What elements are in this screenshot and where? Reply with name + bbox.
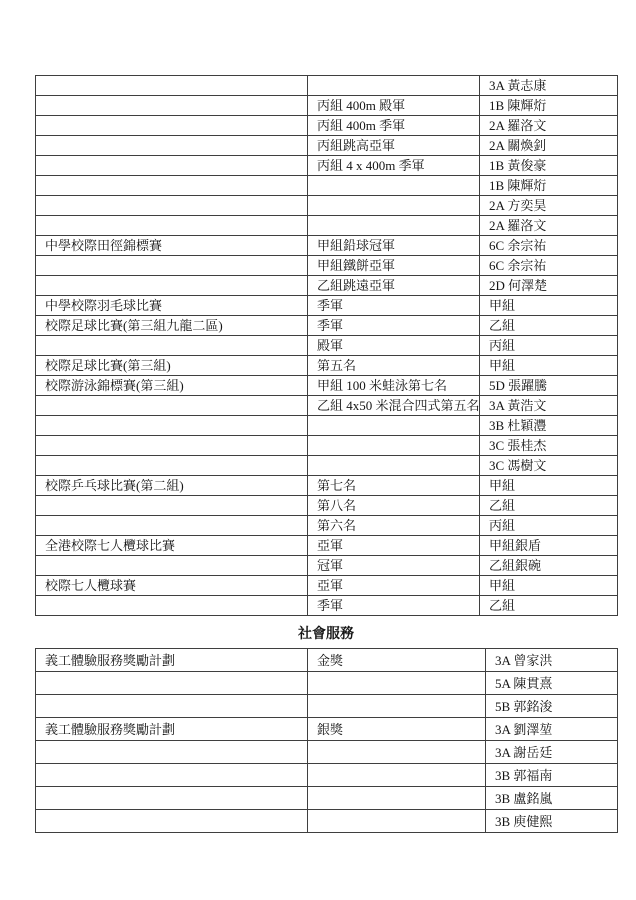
event-cell xyxy=(36,787,308,810)
recipient-cell: 甲組 xyxy=(480,356,618,376)
recipient-cell: 6C 余宗祐 xyxy=(480,256,618,276)
award-cell xyxy=(308,176,480,196)
event-cell xyxy=(36,695,308,718)
event-cell xyxy=(36,516,308,536)
recipient-cell: 2A 關煥釗 xyxy=(480,136,618,156)
event-cell xyxy=(36,396,308,416)
service-table: 義工體驗服務獎勵計劃金獎3A 曾家洪5A 陳貫熹5B 郭銘浚義工體驗服務獎勵計劃… xyxy=(35,648,618,833)
section-title: 社會服務 xyxy=(35,627,617,643)
table-row: 3C 馮樹文 xyxy=(36,456,618,476)
table-row: 丙組 400m 殿軍1B 陳輝烆 xyxy=(36,96,618,116)
table-row: 全港校際七人欖球比賽亞軍甲組銀盾 xyxy=(36,536,618,556)
recipient-cell: 乙組 xyxy=(480,496,618,516)
recipient-cell: 2A 方奕昊 xyxy=(480,196,618,216)
award-cell xyxy=(308,436,480,456)
table-row: 1B 陳輝烆 xyxy=(36,176,618,196)
event-cell: 校際乒乓球比賽(第二組) xyxy=(36,476,308,496)
table-row: 5A 陳貫熹 xyxy=(36,672,618,695)
award-cell: 亞軍 xyxy=(308,576,480,596)
awards-table-body: 3A 黃志康丙組 400m 殿軍1B 陳輝烆丙組 400m 季軍2A 羅洛文丙組… xyxy=(36,76,618,616)
award-cell: 乙組跳遠亞軍 xyxy=(308,276,480,296)
table-row: 丙組 400m 季軍2A 羅洛文 xyxy=(36,116,618,136)
recipient-cell: 2A 羅洛文 xyxy=(480,216,618,236)
table-row: 3B 盧銘嵐 xyxy=(36,787,618,810)
recipient-cell: 3B 郭福南 xyxy=(486,764,618,787)
event-cell xyxy=(36,672,308,695)
event-cell xyxy=(36,256,308,276)
event-cell: 校際足球比賽(第三組) xyxy=(36,356,308,376)
recipient-cell: 3B 庾健熙 xyxy=(486,810,618,833)
event-cell: 義工體驗服務獎勵計劃 xyxy=(36,649,308,672)
recipient-cell: 6C 余宗祐 xyxy=(480,236,618,256)
event-cell xyxy=(36,741,308,764)
award-cell xyxy=(308,787,486,810)
award-cell xyxy=(308,416,480,436)
recipient-cell: 3C 馮樹文 xyxy=(480,456,618,476)
award-cell: 季軍 xyxy=(308,296,480,316)
recipient-cell: 甲組銀盾 xyxy=(480,536,618,556)
event-cell xyxy=(36,176,308,196)
award-cell: 第五名 xyxy=(308,356,480,376)
award-cell: 第六名 xyxy=(308,516,480,536)
table-row: 中學校際羽毛球比賽季軍甲組 xyxy=(36,296,618,316)
table-row: 中學校際田徑錦標賽甲組鉛球冠軍6C 余宗祐 xyxy=(36,236,618,256)
recipient-cell: 1B 陳輝烆 xyxy=(480,96,618,116)
award-cell: 甲組鉛球冠軍 xyxy=(308,236,480,256)
event-cell xyxy=(36,764,308,787)
service-table-body: 義工體驗服務獎勵計劃金獎3A 曾家洪5A 陳貫熹5B 郭銘浚義工體驗服務獎勵計劃… xyxy=(36,649,618,833)
table-row: 義工體驗服務獎勵計劃銀獎3A 劉澤堃 xyxy=(36,718,618,741)
award-cell: 亞軍 xyxy=(308,536,480,556)
table-row: 季軍乙組 xyxy=(36,596,618,616)
award-cell: 丙組 4 x 400m 季軍 xyxy=(308,156,480,176)
table-row: 殿軍丙組 xyxy=(36,336,618,356)
event-cell xyxy=(36,596,308,616)
award-cell: 甲組 100 米蛙泳第七名 xyxy=(308,376,480,396)
table-row: 校際七人欖球賽亞軍甲組 xyxy=(36,576,618,596)
recipient-cell: 丙組 xyxy=(480,516,618,536)
award-cell: 甲組鐵餅亞軍 xyxy=(308,256,480,276)
event-cell xyxy=(36,136,308,156)
event-cell xyxy=(36,336,308,356)
award-cell xyxy=(308,764,486,787)
recipient-cell: 3A 曾家洪 xyxy=(486,649,618,672)
event-cell xyxy=(36,76,308,96)
recipient-cell: 3B 盧銘嵐 xyxy=(486,787,618,810)
table-row: 義工體驗服務獎勵計劃金獎3A 曾家洪 xyxy=(36,649,618,672)
table-row: 冠軍乙組銀碗 xyxy=(36,556,618,576)
table-row: 3B 郭福南 xyxy=(36,764,618,787)
table-row: 丙組 4 x 400m 季軍1B 黃俊豪 xyxy=(36,156,618,176)
awards-table: 3A 黃志康丙組 400m 殿軍1B 陳輝烆丙組 400m 季軍2A 羅洛文丙組… xyxy=(35,75,618,616)
event-cell xyxy=(36,116,308,136)
recipient-cell: 1B 陳輝烆 xyxy=(480,176,618,196)
event-cell xyxy=(36,276,308,296)
award-cell: 殿軍 xyxy=(308,336,480,356)
recipient-cell: 2D 何澤楚 xyxy=(480,276,618,296)
award-cell xyxy=(308,76,480,96)
recipient-cell: 5A 陳貫熹 xyxy=(486,672,618,695)
award-cell xyxy=(308,672,486,695)
recipient-cell: 乙組 xyxy=(480,316,618,336)
table-row: 3B 杜穎灃 xyxy=(36,416,618,436)
recipient-cell: 5B 郭銘浚 xyxy=(486,695,618,718)
recipient-cell: 甲組 xyxy=(480,296,618,316)
award-cell: 銀獎 xyxy=(308,718,486,741)
award-cell xyxy=(308,741,486,764)
table-row: 5B 郭銘浚 xyxy=(36,695,618,718)
recipient-cell: 3C 張桂杰 xyxy=(480,436,618,456)
document-page: 3A 黃志康丙組 400m 殿軍1B 陳輝烆丙組 400m 季軍2A 羅洛文丙組… xyxy=(0,0,636,900)
event-cell xyxy=(36,556,308,576)
event-cell xyxy=(36,496,308,516)
event-cell: 校際七人欖球賽 xyxy=(36,576,308,596)
award-cell: 第七名 xyxy=(308,476,480,496)
event-cell: 全港校際七人欖球比賽 xyxy=(36,536,308,556)
recipient-cell: 乙組 xyxy=(480,596,618,616)
recipient-cell: 乙組銀碗 xyxy=(480,556,618,576)
table-row: 校際游泳錦標賽(第三組)甲組 100 米蛙泳第七名5D 張躍騰 xyxy=(36,376,618,396)
table-row: 甲組鐵餅亞軍6C 余宗祐 xyxy=(36,256,618,276)
recipient-cell: 甲組 xyxy=(480,476,618,496)
recipient-cell: 1B 黃俊豪 xyxy=(480,156,618,176)
award-cell: 季軍 xyxy=(308,316,480,336)
award-cell xyxy=(308,196,480,216)
table-row: 第八名乙組 xyxy=(36,496,618,516)
event-cell: 義工體驗服務獎勵計劃 xyxy=(36,718,308,741)
recipient-cell: 3B 杜穎灃 xyxy=(480,416,618,436)
recipient-cell: 3A 謝岳廷 xyxy=(486,741,618,764)
award-cell xyxy=(308,216,480,236)
event-cell xyxy=(36,456,308,476)
event-cell xyxy=(36,156,308,176)
event-cell xyxy=(36,216,308,236)
award-cell xyxy=(308,456,480,476)
table-row: 校際足球比賽(第三組)第五名甲組 xyxy=(36,356,618,376)
award-cell: 金獎 xyxy=(308,649,486,672)
table-row: 3C 張桂杰 xyxy=(36,436,618,456)
event-cell: 中學校際田徑錦標賽 xyxy=(36,236,308,256)
award-cell: 丙組跳高亞軍 xyxy=(308,136,480,156)
table-row: 丙組跳高亞軍2A 關煥釗 xyxy=(36,136,618,156)
recipient-cell: 3A 黃浩文 xyxy=(480,396,618,416)
event-cell xyxy=(36,416,308,436)
recipient-cell: 5D 張躍騰 xyxy=(480,376,618,396)
table-row: 乙組跳遠亞軍2D 何澤楚 xyxy=(36,276,618,296)
event-cell: 校際足球比賽(第三組九龍二區) xyxy=(36,316,308,336)
table-row: 3A 謝岳廷 xyxy=(36,741,618,764)
recipient-cell: 丙組 xyxy=(480,336,618,356)
award-cell: 季軍 xyxy=(308,596,480,616)
table-row: 乙組 4x50 米混合四式第五名3A 黃浩文 xyxy=(36,396,618,416)
award-cell: 冠軍 xyxy=(308,556,480,576)
award-cell: 第八名 xyxy=(308,496,480,516)
table-row: 3A 黃志康 xyxy=(36,76,618,96)
table-row: 2A 羅洛文 xyxy=(36,216,618,236)
recipient-cell: 3A 黃志康 xyxy=(480,76,618,96)
table-row: 3B 庾健熙 xyxy=(36,810,618,833)
event-cell xyxy=(36,96,308,116)
recipient-cell: 2A 羅洛文 xyxy=(480,116,618,136)
recipient-cell: 甲組 xyxy=(480,576,618,596)
table-row: 校際乒乓球比賽(第二組)第七名甲組 xyxy=(36,476,618,496)
event-cell xyxy=(36,196,308,216)
award-cell: 丙組 400m 殿軍 xyxy=(308,96,480,116)
event-cell xyxy=(36,810,308,833)
recipient-cell: 3A 劉澤堃 xyxy=(486,718,618,741)
table-row: 第六名丙組 xyxy=(36,516,618,536)
award-cell: 乙組 4x50 米混合四式第五名 xyxy=(308,396,480,416)
event-cell: 校際游泳錦標賽(第三組) xyxy=(36,376,308,396)
table-row: 校際足球比賽(第三組九龍二區)季軍乙組 xyxy=(36,316,618,336)
event-cell xyxy=(36,436,308,456)
table-row: 2A 方奕昊 xyxy=(36,196,618,216)
award-cell: 丙組 400m 季軍 xyxy=(308,116,480,136)
event-cell: 中學校際羽毛球比賽 xyxy=(36,296,308,316)
award-cell xyxy=(308,810,486,833)
award-cell xyxy=(308,695,486,718)
